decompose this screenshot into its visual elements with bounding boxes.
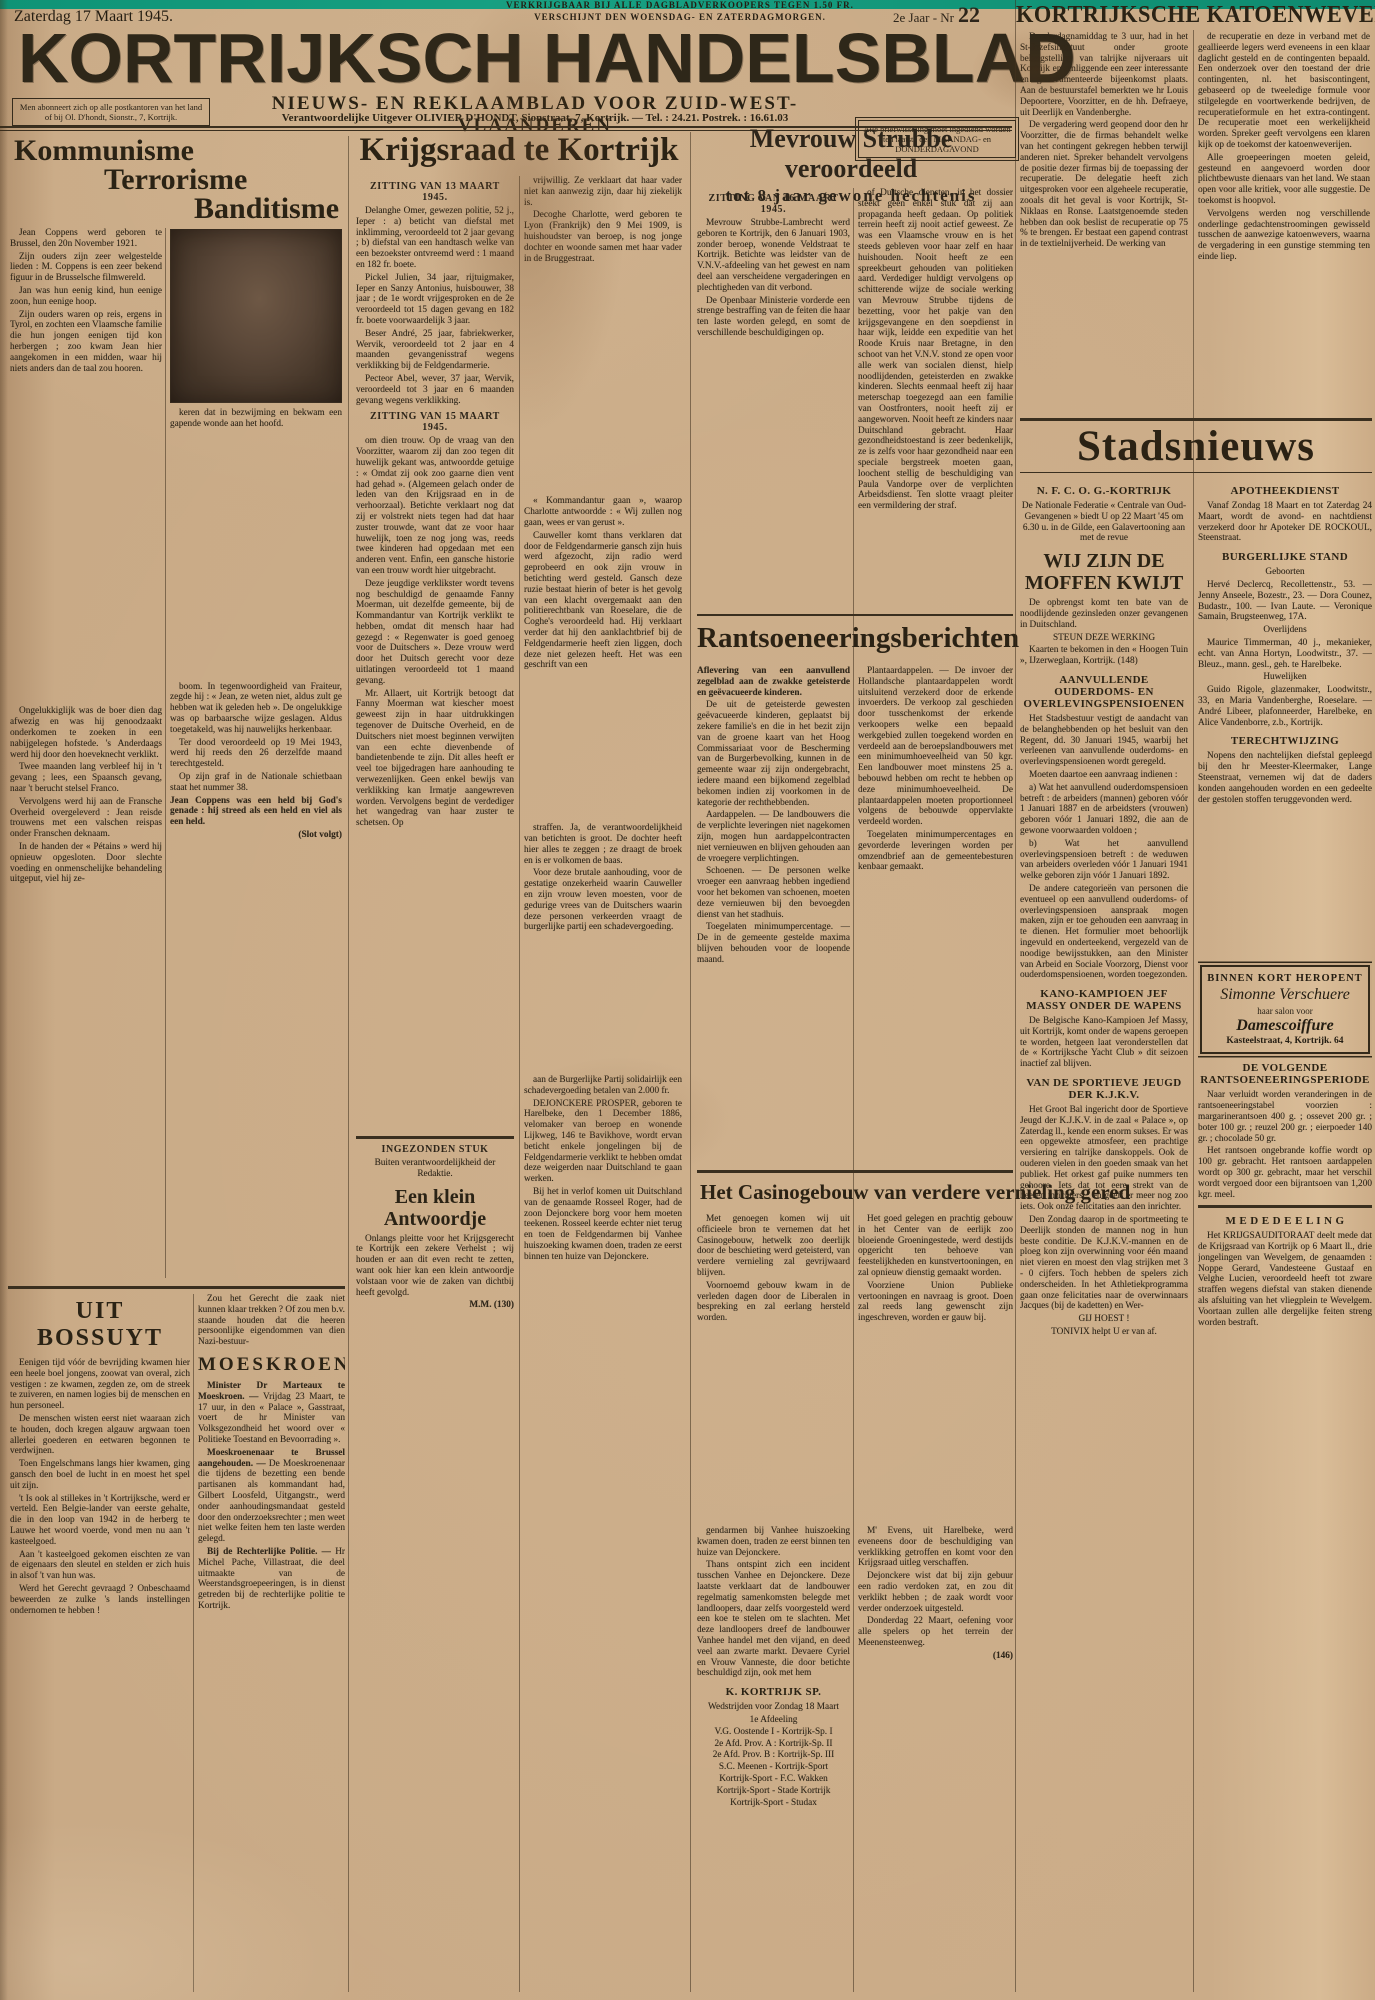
- paragraph: Zijn ouders waren op reis, ergens in Tyr…: [10, 310, 162, 375]
- paragraph: Vervolgens werden nog verschillende onde…: [1198, 209, 1370, 263]
- stadsnieuws-col-2: APOTHEEKDIENSTVanaf Zondag 18 Maart en t…: [1198, 478, 1372, 1992]
- sub-headline: WIJ ZIJN DE MOFFEN KWIJT: [1020, 550, 1188, 594]
- kicker: ZITTING VAN 16 MAART 1945.: [697, 193, 850, 215]
- stadsnieuws-col-1: N. F. C. O. G.-KORTRIJKDe Nationale Fede…: [1020, 478, 1188, 1992]
- paragraph: Moeten daartoe een aanvraag indienen :: [1020, 770, 1188, 781]
- paragraph: De uit de geteisterde gewesten geëvacuee…: [697, 700, 850, 808]
- paragraph: Twee maanden lang verbleef hij in 't gev…: [10, 762, 162, 794]
- paragraph: Kaarten te bekomen in den « Hoogen Tuin …: [1020, 645, 1188, 667]
- paragraph: Donderdagnamiddag te 3 uur, had in het S…: [1020, 32, 1188, 118]
- bossuyt-section: UIT BOSSUYTEenigen tijd vóór de bevrijdi…: [10, 1294, 190, 1992]
- fixture-line: Kortrijk-Sport - F.C. Wakken: [697, 1774, 850, 1785]
- signature-line: M.M. (130): [356, 1300, 514, 1311]
- mid-col-1-bottom: gendarmen bij Vanhee huiszoeking kwamen …: [697, 1526, 850, 1992]
- headline-word-1: Kommunisme: [14, 136, 344, 165]
- advert-line: Simonne Verschuere: [1205, 986, 1365, 1004]
- krijgsraad-headline: Krijgsraad te Kortrijk: [354, 132, 684, 169]
- item-header: DE VOLGENDE RANTSOENEERINGSPERIODE: [1198, 1062, 1372, 1086]
- paragraph: « Kommandantur gaan », waarop Charlotte …: [524, 496, 682, 528]
- newspaper-title: KORTRIJKSCH HANDELSBLAD: [18, 22, 1076, 94]
- centered-line: Overlijdens: [1198, 625, 1372, 636]
- paragraph: Vanaf Zondag 18 Maart en tot Zaterdag 24…: [1198, 501, 1372, 544]
- paragraph: Voor deze brutale aanhouding, voor de ge…: [524, 868, 682, 933]
- spacer: [524, 935, 682, 1075]
- spacer: [1198, 807, 1372, 957]
- paragraph: De menschen wisten eerst niet waaraan zi…: [10, 1414, 190, 1457]
- paragraph: De Openbaar Ministerie vorderde een stre…: [697, 296, 850, 339]
- paragraph: Met genoegen komen wij uit officieele br…: [697, 1214, 850, 1279]
- paragraph: Nopens den nachtelijken diefstal gepleeg…: [1198, 751, 1372, 805]
- advert-line: Damescoiffure: [1205, 1017, 1365, 1035]
- paragraph: Zijn ouders zijn zeer welgestelde lieden…: [10, 252, 162, 284]
- paragraph: Thans ontspint zich een incident tussche…: [697, 1560, 850, 1679]
- paragraph: Eenigen tijd vóór de bevrijding kwamen h…: [10, 1358, 190, 1412]
- section-rule: [1198, 1205, 1372, 1208]
- paragraph: om dien trouw. Op de vraag van den Voorz…: [356, 436, 514, 576]
- rantsoen-col-1: Aflevering van een aanvullend zegelblad …: [697, 666, 850, 1160]
- availability-line: VERKRIJGBAAR BIJ ALLE DAGBLADVERKOOPERS …: [420, 0, 940, 10]
- katoenwevers-col-2: de recuperatie en deze in verband met de…: [1198, 32, 1370, 414]
- kicker: ZITTING VAN 15 MAART 1945.: [356, 411, 514, 433]
- signature-line: (146): [858, 1651, 1013, 1662]
- paragraph: Het rantsoen ongebrande koffie wordt op …: [1198, 1146, 1372, 1200]
- strubbe-col-1: ZITTING VAN 16 MAART 1945.Mevrouw Strubb…: [697, 188, 850, 616]
- paragraph: Mevrouw Strubbe-Lambrecht werd geboren t…: [697, 218, 850, 294]
- fixture-line: Kortrijk-Sport - Stade Kortrijk: [697, 1786, 850, 1797]
- section-headline: MOESKROEN: [198, 1354, 345, 1376]
- paragraph: De andere categorieën van personen die e…: [1020, 884, 1188, 981]
- centered-line: TONIVIX helpt U er van af.: [1020, 1327, 1188, 1338]
- portrait-photo: [170, 229, 342, 403]
- item-header: N. F. C. O. G.-KORTRIJK: [1020, 485, 1188, 497]
- kicker: ZITTING VAN 13 MAART 1945.: [356, 181, 514, 203]
- fixture-line: V.G. Oostende I - Kortrijk-Sp. I: [697, 1727, 850, 1738]
- paragraph: Jan was hun eenig kind, hun eenige zoon,…: [10, 286, 162, 308]
- kicker: INGEZONDEN STUK: [356, 1144, 514, 1155]
- spacer: [524, 266, 682, 496]
- coppens-col-1: Jean Coppens werd geboren te Brussel, de…: [10, 228, 162, 1278]
- paragraph: Pickel Julien, 34 jaar, rijtuigmaker, Ie…: [356, 273, 514, 327]
- paragraph: Alle groepeeringen moeten geleid, gesteu…: [1198, 153, 1370, 207]
- lead-paragraph: Bij de Rechterlijke Politie. — Hr Michel…: [198, 1547, 345, 1612]
- paragraph: Dejonckere wist dat bij zijn gebuur een …: [858, 1571, 1013, 1614]
- paragraph: Het Groot Bal ingericht door de Sportiev…: [1020, 1105, 1188, 1213]
- paragraph: Ter dood veroordeeld op 19 Mei 1943, wer…: [170, 738, 342, 770]
- paragraph: De vergadering werd geopend door den hr …: [1020, 120, 1188, 250]
- paragraph: of Duitsche diensten, in het dossier ste…: [858, 188, 1013, 512]
- fixture-line: 2e Afd. Prov. B : Kortrijk-Sp. III: [697, 1750, 850, 1761]
- centered-line: GIJ HOEST !: [1020, 1314, 1188, 1325]
- paragraph: Toen Engelschmans langs hier kwamen, gin…: [10, 1459, 190, 1491]
- item-header: BURGERLIJKE STAND: [1198, 551, 1372, 563]
- headline-word-2: Terrorisme: [104, 165, 344, 194]
- paragraph: de recuperatie en deze in verband met de…: [1198, 32, 1370, 151]
- left-col-2-bottom: Zou het Gerecht die zaak niet kunnen kla…: [198, 1294, 345, 1992]
- paragraph: Cauweller komt thans verklaren dat door …: [524, 531, 682, 671]
- paragraph: Maurice Timmerman, 40 j., mekanieker, ec…: [1198, 638, 1372, 670]
- paragraph: Op zijn graf in de Nationale schietbaan …: [170, 772, 342, 794]
- centered-line: Huwelijken: [1198, 672, 1372, 683]
- paragraph: Mr. Allaert, uit Kortrijk betoogt dat Fa…: [356, 689, 514, 829]
- paragraph: boom. In tegenwoordigheid van Fraiteur, …: [170, 682, 342, 736]
- section-headline: UIT BOSSUYT: [10, 1298, 190, 1352]
- paragraph: a) Wat het aanvullend ouderdomspensioen …: [1020, 783, 1188, 837]
- publisher-line: Verantwoordelijke Uitgever OLIVIER D'HON…: [180, 112, 890, 124]
- lead-paragraph: Moeskroenenaar te Brussel aangehouden. —…: [198, 1448, 345, 1545]
- paragraph: Plantaardappelen. — De invoer der Hollan…: [858, 666, 1013, 828]
- paragraph: Aan 't kasteelgoed gekomen eischten ze v…: [10, 1550, 190, 1582]
- krijgsraad-col-2: vrijwillig. Ze verklaart dat haar vader …: [524, 176, 682, 1992]
- stadsnieuws-banner: Stadsnieuws: [1020, 422, 1372, 471]
- paragraph: Decoghe Charlotte, werd geboren te Lyon …: [524, 210, 682, 264]
- item-header: TERECHTWIJZING: [1198, 735, 1372, 747]
- paragraph: Vervolgens werd hij aan de Fransche Over…: [10, 797, 162, 840]
- item-header: VAN DE SPORTIEVE JEUGD DER K.J.K.V.: [1020, 1077, 1188, 1101]
- paragraph: Den Zondag daarop in de sportmeeting te …: [1020, 1215, 1188, 1312]
- katoenwevers-col-1: Donderdagnamiddag te 3 uur, had in het S…: [1020, 32, 1188, 418]
- casino-col-2: Het goed gelegen en prachtig gebouw in h…: [858, 1214, 1013, 1520]
- paragraph: Onlangs pleitte voor het Krijgsgerecht t…: [356, 1234, 514, 1299]
- paragraph: Ongelukkiglijk was de boer dien dag afwe…: [10, 706, 162, 760]
- casino-col-1: Met genoegen komen wij uit officieele br…: [697, 1214, 850, 1520]
- paragraph: Toegelaten minimumpercentage. — De in de…: [697, 922, 850, 965]
- centered-line: STEUN DEZE WERKING: [1020, 633, 1188, 644]
- spacer: [524, 673, 682, 823]
- advert-line: haar salon voor: [1205, 1006, 1365, 1016]
- paragraph: Deze jeugdige verklikster wordt tevens n…: [356, 579, 514, 687]
- coppens-col-2: keren dat in bezwijming en bekwam een ga…: [170, 228, 342, 1278]
- item-header: AANVULLENDE OUDERDOMS- EN OVERLEVINGSPEN…: [1020, 674, 1188, 710]
- paragraph: vrijwillig. Ze verklaart dat haar vader …: [524, 176, 682, 208]
- paragraph: Donderdag 22 Maart, oefening voor alle s…: [858, 1616, 1013, 1648]
- paragraph: De Belgische Kano-Kampioen Jef Massy, ui…: [1020, 1016, 1188, 1070]
- paragraph: Werd het Gerecht gevraagd ? Onbeschaamd …: [10, 1584, 190, 1616]
- paragraph: keren dat in bezwijming en bekwam een ga…: [170, 408, 342, 430]
- fixture-line: 1e Afdeeling: [697, 1715, 850, 1726]
- headline-word-3: Banditisme: [194, 194, 344, 223]
- lead-paragraph: Minister Dr Marteaux te Moeskroen. — Vri…: [198, 1381, 345, 1446]
- item-header: M E D E D E E L I N G: [1198, 1215, 1372, 1227]
- fixture-line: S.C. Meenen - Kortrijk-Sport: [697, 1762, 850, 1773]
- spacer: [356, 831, 514, 1131]
- paragraph: Bij het in verlof komen uit Duitschland …: [524, 1187, 682, 1263]
- paragraph: Het goed gelegen en prachtig gebouw in h…: [858, 1214, 1013, 1279]
- paragraph: Schoenen. — De personen welke vroeger ee…: [697, 866, 850, 920]
- strubbe-col-2: of Duitsche diensten, in het dossier ste…: [858, 188, 1013, 616]
- centered-line: De Nationale Federatie « Centrale van Ou…: [1020, 501, 1188, 544]
- sub-headline: Een klein Antwoordje: [356, 1186, 514, 1230]
- coppens-headline: Kommunisme Terrorisme Banditisme: [14, 136, 344, 223]
- paragraph: Naar verluidt worden veranderingen in de…: [1198, 1090, 1372, 1144]
- bold-paragraph: Aflevering van een aanvullend zegelblad …: [697, 666, 850, 698]
- paragraph: gendarmen bij Vanhee huiszoeking kwamen …: [697, 1526, 850, 1558]
- paragraph: In de handen der « Pétains » werd hij op…: [10, 842, 162, 885]
- item-header: KANO-KAMPIOEN JEF MASSY ONDER DE WAPENS: [1020, 988, 1188, 1012]
- spacer: [170, 432, 342, 682]
- advert-line: BINNEN KORT HEROPENT: [1205, 973, 1365, 984]
- signature-line: (Slot volgt): [170, 830, 342, 841]
- spacer: [10, 376, 162, 706]
- advert-box: BINNEN KORT HEROPENTSimonne Verschuereha…: [1200, 965, 1370, 1054]
- paragraph: Het Stadsbestuur vestigt de aandacht van…: [1020, 714, 1188, 768]
- centered-line: Wedstrijden voor Zondag 18 Maart: [697, 1702, 850, 1713]
- paragraph: Voornoemd gebouw kwam in de verleden dag…: [697, 1281, 850, 1324]
- newspaper-page: VERKRIJGBAAR BIJ ALLE DAGBLADVERKOOPERS …: [0, 0, 1375, 2000]
- rantsoenering-headline: Rantsoeneeringsberichten: [697, 622, 1013, 655]
- paragraph: 't Is ook al stillekes in 't Kortrijksch…: [10, 1494, 190, 1548]
- section-rule: [356, 1136, 514, 1139]
- paragraph: DEJONCKERE PROSPER, geboren te Harelbeke…: [524, 1099, 682, 1185]
- bold-paragraph: Jean Coppens was een held bij God's gena…: [170, 796, 342, 828]
- paragraph: aan de Burgerlijke Partij solidairlijk e…: [524, 1075, 682, 1097]
- paragraph: Zou het Gerecht die zaak niet kunnen kla…: [198, 1294, 345, 1348]
- item-header: K. KORTRIJK SP.: [697, 1686, 850, 1698]
- paragraph: Hervé Declercq, Recollettenstr., 53. — J…: [1198, 580, 1372, 623]
- centered-line: Buiten verantwoordelijkheid der Redaktie…: [356, 1158, 514, 1180]
- advert-line: Kasteelstraat, 4, Kortrijk. 64: [1205, 1036, 1365, 1046]
- fixture-line: Kortrijk-Sport - Studax: [697, 1798, 850, 1809]
- paragraph: M' Evens, uit Harelbeke, werd eveneens d…: [858, 1526, 1013, 1569]
- paragraph: Aardappelen. — De landbouwers die de ver…: [697, 810, 850, 864]
- strubbe-title: Mevrouw Strubbe veroordeeld: [690, 124, 1012, 184]
- paragraph: Pecteor Abel, wever, 37 jaar, Wervik, ve…: [356, 374, 514, 406]
- paragraph: b) Wat het aanvullend overlevingspensioe…: [1020, 839, 1188, 882]
- centered-line: Geboorten: [1198, 567, 1372, 578]
- paragraph: Voorziene Union Publieke vertooningen en…: [858, 1281, 1013, 1324]
- katoenwevers-headline: KORTRIJKSCHE KATOENWEVERS: [1016, 2, 1351, 29]
- casino-headline: Het Casinogebouw van verdere vernieling …: [700, 1180, 1012, 1205]
- paragraph: straffen. Ja, de verantwoordelijkheid va…: [524, 823, 682, 866]
- paragraph: De opbrengst komt ten bate van de noodli…: [1020, 598, 1188, 630]
- krijgsraad-col-1: ZITTING VAN 13 MAART 1945.Delanghe Omer,…: [356, 176, 514, 1992]
- fixture-line: 2e Afd. Prov. A : Kortrijk-Sp. II: [697, 1739, 850, 1750]
- paragraph: Jean Coppens werd geboren te Brussel, de…: [10, 228, 162, 250]
- paragraph: Beser André, 25 jaar, fabriekwerker, Wer…: [356, 329, 514, 372]
- paragraph: Het KRIJGSAUDITORAAT deelt mede dat de K…: [1198, 1231, 1372, 1328]
- paragraph: Toegelaten minimumpercentages en gevorde…: [858, 830, 1013, 873]
- paragraph: Delanghe Omer, gewezen politie, 52 j., I…: [356, 206, 514, 271]
- rantsoen-col-2: Plantaardappelen. — De invoer der Hollan…: [858, 666, 1013, 1160]
- paragraph: Guido Rigole, glazenmaker, Loodwitstr., …: [1198, 685, 1372, 728]
- mid-col-2-bottom: M' Evens, uit Harelbeke, werd eveneens d…: [858, 1526, 1013, 1992]
- item-header: APOTHEEKDIENST: [1198, 485, 1372, 497]
